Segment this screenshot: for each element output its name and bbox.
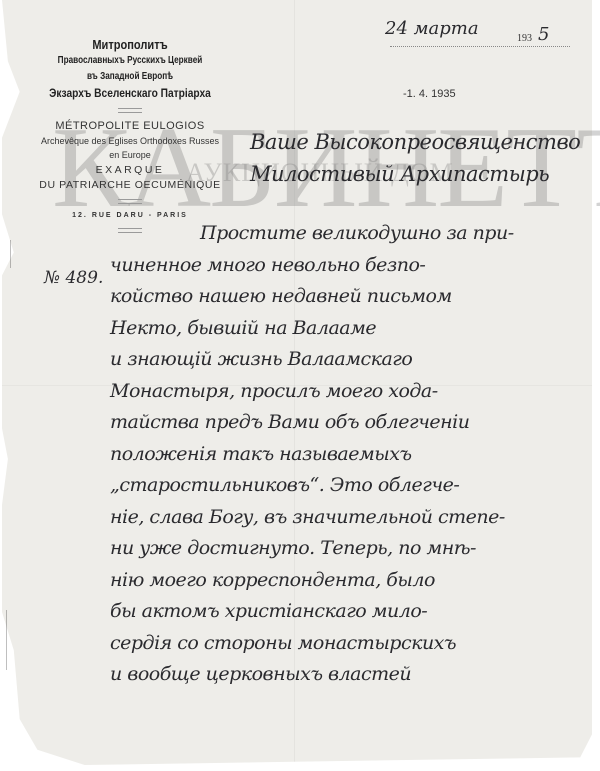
letterhead-french-exarque: EXARQUE — [30, 162, 230, 178]
body-line: сердія со стороны монастырскихъ — [110, 632, 456, 654]
letterhead-french-line: Archevêque des Eglises Orthodoxes Russes — [30, 134, 230, 148]
letterhead-french-title: MÉTROPOLITE EULOGIOS — [30, 119, 230, 134]
body-line: бы актомъ христіанскаго мило- — [110, 600, 427, 622]
letterhead-cyrillic-title: Митрополитъ — [45, 36, 215, 53]
body-line: тайства предъ Вами объ облегченіи — [110, 411, 469, 433]
salutation-line: Ваше Высокопреосвященство — [250, 130, 580, 154]
body-line: Простите великодушно за при- — [200, 222, 514, 244]
body-line: Некто, бывшій на Валааме — [110, 317, 376, 339]
letterhead-divider — [118, 199, 142, 204]
body-line: койство нашею недавней письмом — [110, 285, 452, 307]
date-dotted-line — [390, 46, 570, 47]
body-line: и вообще церковныхъ властей — [110, 663, 411, 685]
torn-edge-mark — [6, 610, 7, 670]
reference-number: № 489. — [44, 268, 103, 288]
printed-year-prefix: 193 — [517, 33, 532, 44]
handwritten-date: 24 марта — [385, 18, 479, 39]
body-line: ніе, слава Богу, въ значительной степе- — [110, 506, 505, 528]
letterhead-french-line: en Europe — [30, 148, 230, 162]
letterhead-divider — [118, 108, 142, 113]
received-date-stamp: -1. 4. 1935 — [403, 88, 456, 100]
body-line: чиненное много невольно безпо- — [110, 254, 425, 276]
body-line: и знающій жизнь Валаамскаго — [110, 348, 412, 370]
letterhead-address: 12. RUE DARU - PARIS — [30, 210, 230, 222]
letterhead-french-patriarch: DU PATRIARCHE OECUMÉNIQUE — [30, 178, 230, 193]
handwritten-year-digit: 5 — [538, 24, 549, 45]
body-line: положенія такъ называемыхъ — [110, 443, 412, 465]
letterhead-cyrillic-line: въ Западной Европѣ — [48, 69, 212, 85]
body-line: „старостильниковъ“. Это облегче- — [110, 474, 459, 496]
salutation-line: Милостивый Архипастырь — [250, 162, 549, 186]
letterhead: Митрополитъ Православныхъ Русскихъ Церкв… — [30, 36, 230, 239]
letterhead-cyrillic-exarch: Экзархъ Вселенскаго Патріарха — [45, 85, 215, 102]
body-line: Монастыря, просилъ моего хода- — [110, 380, 438, 402]
torn-edge-mark — [10, 240, 11, 268]
body-line: нію моего корреспондента, было — [110, 569, 435, 591]
body-line: ни уже достигнуто. Теперь, по мнѣ- — [110, 537, 476, 559]
letterhead-cyrillic-line: Православныхъ Русскихъ Церквей — [48, 53, 212, 69]
letterhead-divider — [118, 228, 142, 233]
